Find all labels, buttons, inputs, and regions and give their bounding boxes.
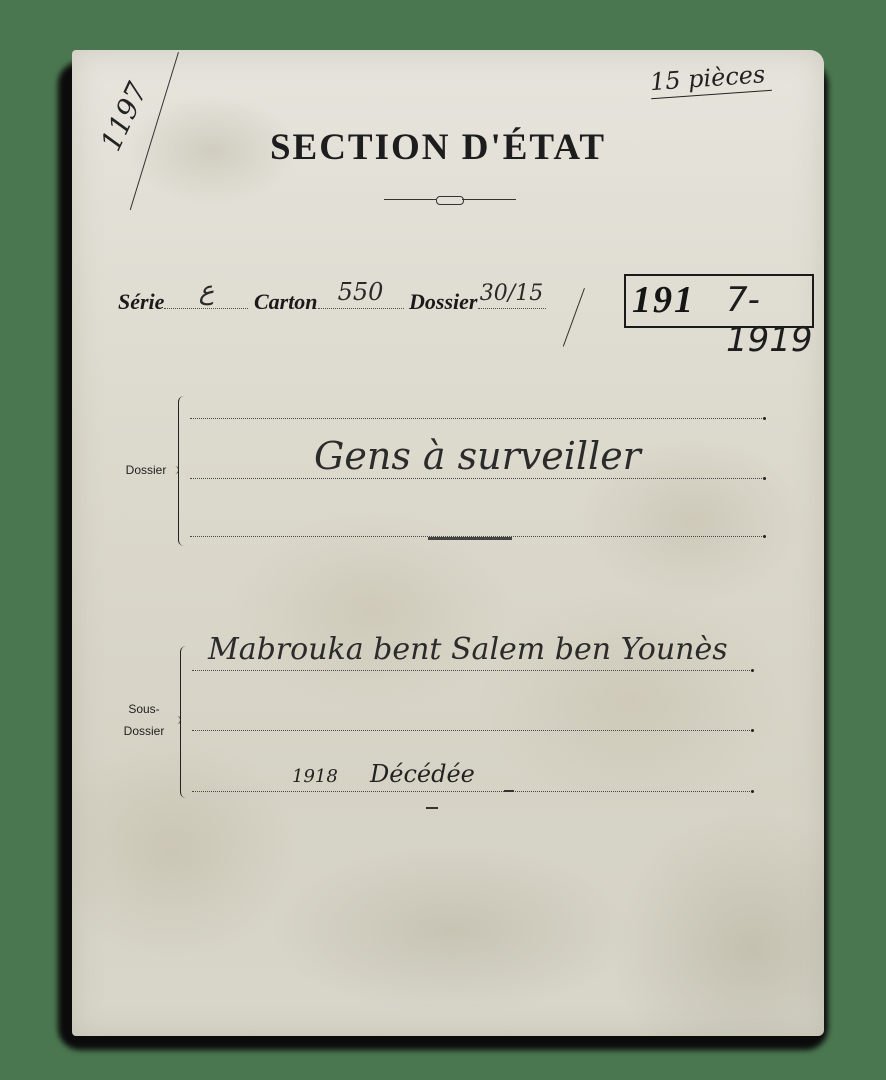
- sous-dossier-brace: [180, 646, 189, 798]
- carton-value: 550: [318, 278, 404, 306]
- sous-dossier-name: Mabrouka bent Salem ben Younès: [208, 632, 728, 667]
- dossier-ref-value: 30/15: [478, 281, 546, 306]
- dossier-ref-field: 30/15: [478, 286, 546, 309]
- sous-dossier-label: Sous- Dossier: [112, 698, 176, 742]
- sous-dossier-label-line1: Sous-: [112, 698, 176, 720]
- dossier-brace: [178, 396, 187, 546]
- dossier-value: Gens à surveiller: [314, 434, 641, 478]
- sous-dossier-line-1: [192, 670, 752, 671]
- serie-label: Série: [118, 289, 164, 314]
- reference-row: Sérieع Carton550 Dossier30/15: [118, 286, 546, 315]
- year-handwritten: 7-1919: [726, 280, 813, 360]
- sous-dossier-label-line2: Dossier: [112, 720, 176, 742]
- dossier-ref-label: Dossier: [409, 289, 477, 314]
- sous-dossier-line-3: [192, 791, 752, 792]
- serie-value: ع: [164, 276, 248, 306]
- reference-stroke: [563, 288, 585, 347]
- year-printed: 191: [632, 278, 695, 322]
- sous-dossier-line-2: [192, 730, 752, 731]
- archive-folder-cover: 1197 15 pièces SECTION D'ÉTAT Sérieع Car…: [72, 50, 824, 1036]
- sous-dossier-note-year: 1918: [292, 766, 338, 787]
- sous-dossier-note-status: Décédée: [370, 760, 475, 788]
- page-title: SECTION D'ÉTAT: [62, 126, 814, 169]
- dossier-line-1: [190, 418, 764, 419]
- corner-note-right: 15 pièces: [649, 60, 772, 99]
- dossier-label: Dossier: [118, 459, 174, 481]
- title-ornament: [384, 196, 516, 204]
- serie-field: ع: [164, 286, 248, 309]
- dossier-line-2: [190, 478, 764, 479]
- year-box: 191 7-1919: [624, 274, 814, 328]
- status-dash: [504, 790, 514, 792]
- carton-field: 550: [318, 286, 404, 309]
- status-underline-dash: [426, 807, 438, 809]
- carton-label: Carton: [254, 289, 318, 314]
- dossier-underline: [428, 537, 512, 540]
